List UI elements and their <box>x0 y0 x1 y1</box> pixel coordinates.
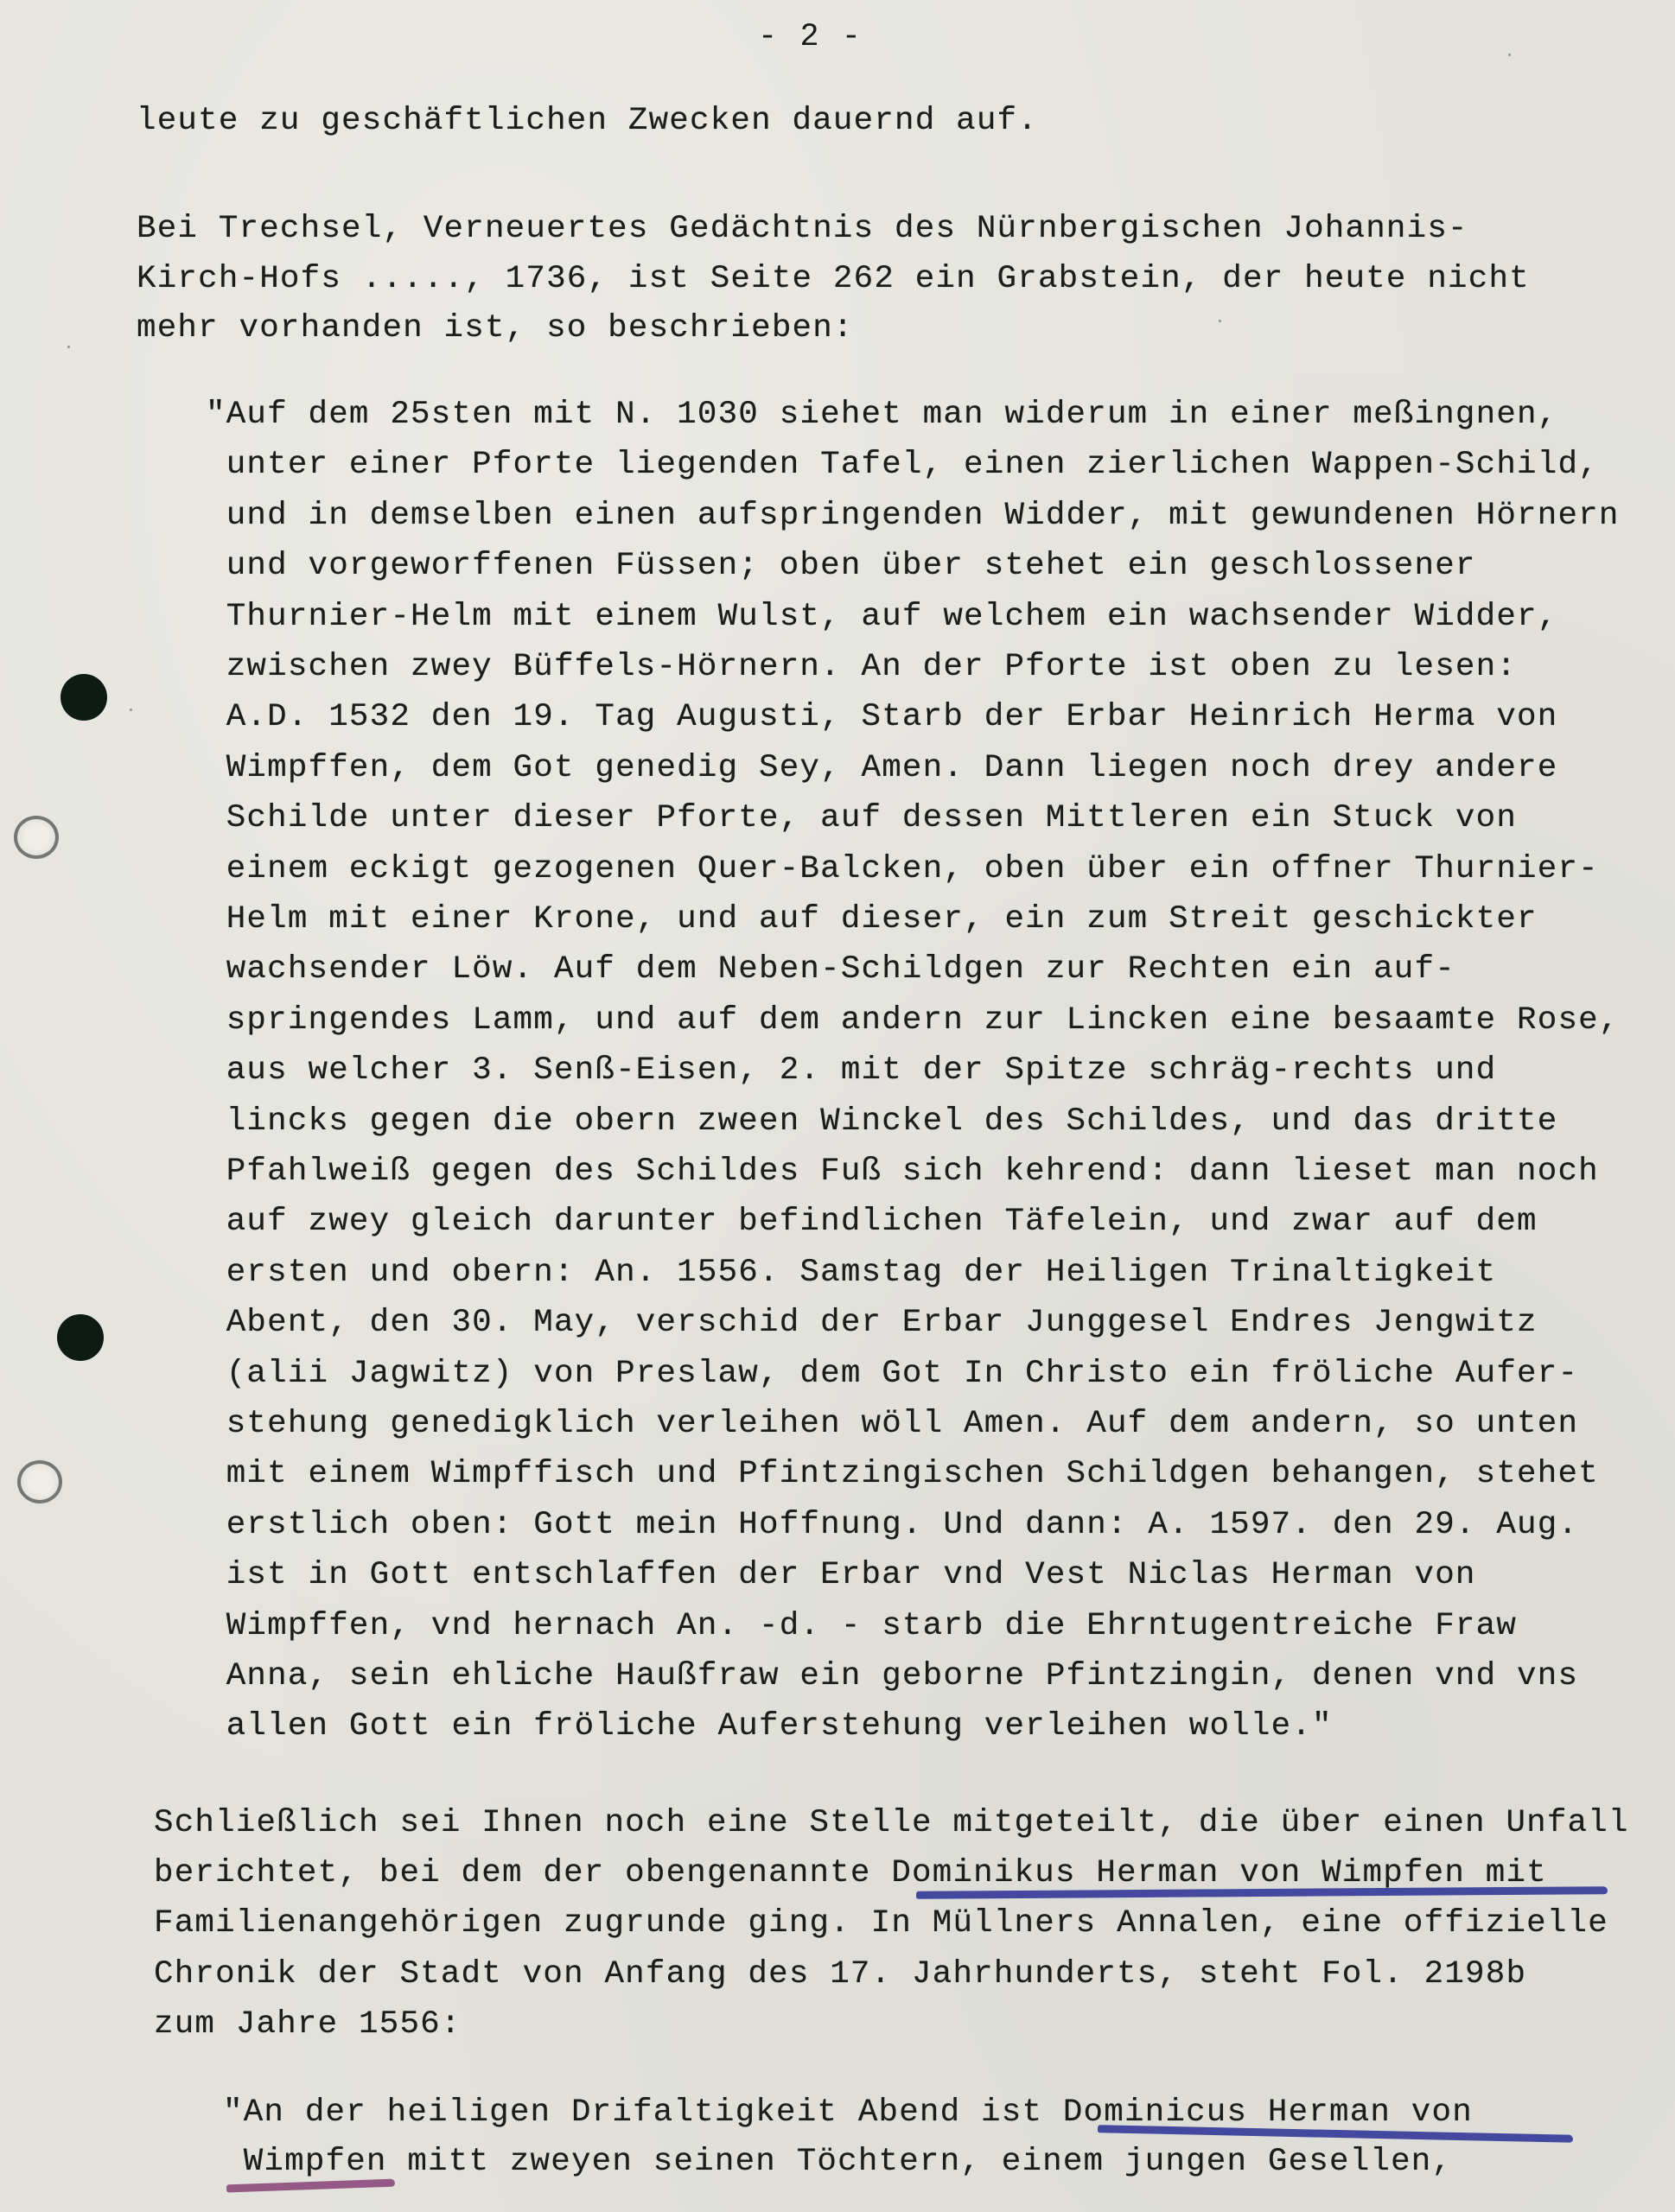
quote-line: (alii Jagwitz) von Preslaw, dem Got In C… <box>206 1358 1578 1391</box>
quote-line: auf zwey gleich darunter befindlichen Tä… <box>206 1206 1538 1239</box>
quote-line: einem eckigt gezogenen Quer-Balcken, obe… <box>206 854 1599 887</box>
quote-line: ist in Gott entschlaffen der Erbar vnd V… <box>206 1560 1476 1592</box>
quote-line: A.D. 1532 den 19. Tag Augusti, Starb der… <box>206 702 1557 734</box>
paragraph-3-line: Schließlich sei Ihnen noch eine Stelle m… <box>154 1808 1629 1840</box>
quote-line: Thurnier-Helm mit einem Wulst, auf welch… <box>206 601 1557 634</box>
quote-line: lincks gegen die obern zween Winckel des… <box>206 1106 1557 1139</box>
quote-line: erstlich oben: Gott mein Hoffnung. Und d… <box>206 1510 1578 1542</box>
quote-line: mit einem Wimpffisch und Pfintzingischen… <box>206 1459 1599 1491</box>
paper-speck <box>1508 54 1511 56</box>
punch-hole <box>61 674 107 721</box>
paper-speck <box>130 709 132 711</box>
quote-line: unter einer Pforte liegenden Tafel, eine… <box>206 449 1599 482</box>
page-number: - 2 - <box>0 19 1621 55</box>
paragraph-3-line: Familienangehörigen zugrunde ging. In Mü… <box>154 1908 1608 1941</box>
pen-underline-wimpfen <box>226 2179 395 2193</box>
quote-line: springendes Lamm, und auf dem andern zur… <box>206 1005 1620 1038</box>
punch-hole-reinforcement-ring <box>17 1460 62 1503</box>
paragraph-1-line: leute zu geschäftlichen Zwecken dauernd … <box>137 105 1038 138</box>
quote-line: aus welcher 3. Senß-Eisen, 2. mit der Sp… <box>206 1055 1496 1088</box>
paragraph-2-line: mehr vorhanden ist, so beschrieben: <box>137 313 854 346</box>
paper-speck <box>67 346 70 348</box>
quote-line: Wimpfen mitt zweyen seinen Töchtern, ein… <box>223 2146 1452 2179</box>
paragraph-3-line: zum Jahre 1556: <box>154 2009 462 2042</box>
quote-line: Anna, sein ehliche Haußfraw ein geborne … <box>206 1661 1578 1694</box>
quote-line: ersten und obern: An. 1556. Samstag der … <box>206 1257 1496 1290</box>
quote-line: "Auf dem 25sten mit N. 1030 siehet man w… <box>206 399 1557 432</box>
paper-speck <box>1219 320 1221 322</box>
quote-line: Wimpffen, vnd hernach An. -d. - starb di… <box>206 1611 1517 1643</box>
paragraph-2-line: Kirch-Hofs ....., 1736, ist Seite 262 ei… <box>137 264 1530 296</box>
quote-line: stehung genedigklich verleihen wöll Amen… <box>206 1408 1578 1441</box>
quote-line: Helm mit einer Krone, und auf dieser, ei… <box>206 904 1538 937</box>
quote-line: Wimpffen, dem Got genedig Sey, Amen. Dan… <box>206 753 1557 785</box>
quote-line: Abent, den 30. May, verschid der Erbar J… <box>206 1307 1538 1340</box>
quote-line: allen Gott ein fröliche Auferstehung ver… <box>206 1711 1333 1744</box>
typewritten-page: - 2 - leute zu geschäftlichen Zwecken da… <box>0 0 1675 2212</box>
punch-hole-reinforcement-ring <box>14 816 59 859</box>
quote-line: "An der heiligen Drifaltigkeit Abend ist… <box>223 2097 1473 2130</box>
quote-line: wachsender Löw. Auf dem Neben-Schildgen … <box>206 954 1455 987</box>
quote-line: und in demselben einen aufspringenden Wi… <box>206 500 1620 533</box>
punch-hole <box>57 1314 104 1361</box>
paragraph-3-line: Chronik der Stadt von Anfang des 17. Jah… <box>154 1959 1526 1992</box>
paragraph-2-line: Bei Trechsel, Verneuertes Gedächtnis des… <box>137 213 1468 246</box>
paragraph-3-line: berichtet, bei dem der obengenannte Domi… <box>154 1858 1547 1891</box>
quote-line: Schilde unter dieser Pforte, auf dessen … <box>206 803 1517 836</box>
quote-line: zwischen zwey Büffels-Hörnern. An der Pf… <box>206 652 1517 684</box>
quote-line: Pfahlweiß gegen des Schildes Fuß sich ke… <box>206 1156 1599 1189</box>
quote-line: und vorgeworffenen Füssen; oben über ste… <box>206 550 1476 583</box>
